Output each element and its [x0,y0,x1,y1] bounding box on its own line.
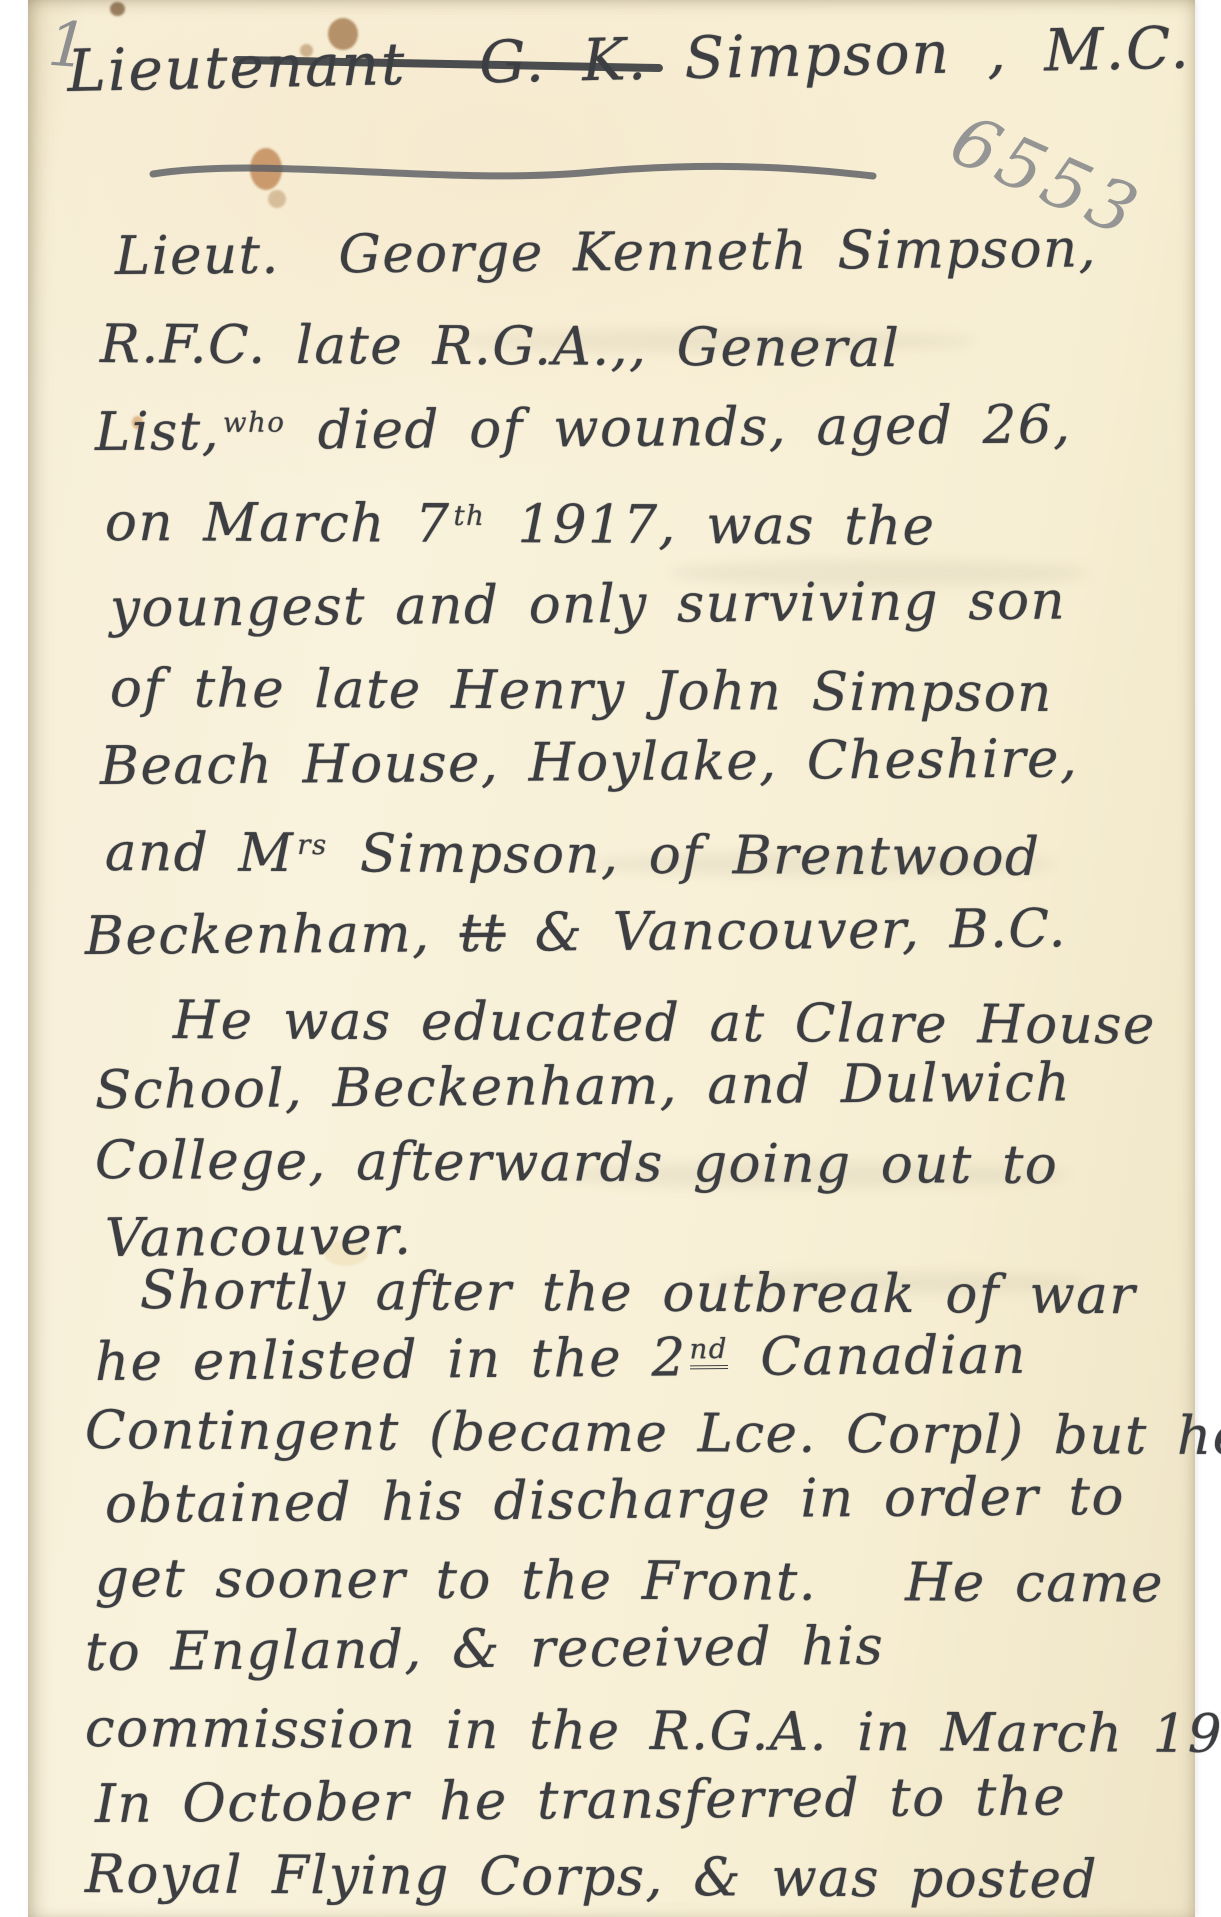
line-text: List, [95,401,220,463]
manuscript-line: College, afterwards going out to [95,1132,1059,1195]
manuscript-line: Royal Flying Corps, & was posted [85,1846,1098,1910]
line-text: Lieut. George Kenneth Simpson, [115,218,1098,287]
manuscript-line: youngest and only surviving son [110,572,1067,638]
line-text: of the late Henry John Simpson [110,658,1053,724]
line-text: Shortly after the outbreak of war [140,1260,1136,1326]
line-text: Beach House, Hoylake, Cheshire, [100,728,1079,797]
line-text: commission in the R.G.A. in March 1915. [85,1698,1221,1765]
manuscript-line: to England, & received his [85,1618,885,1683]
line-text: & Vancouver, B.C. [505,898,1067,963]
line-text: Royal Flying Corps, & was posted [85,1844,1098,1910]
manuscript-line: R.F.C. late R.G.A.,, General [100,316,901,378]
superscript-insertion: nd [689,1333,728,1369]
line-text: Beckenham, [85,903,460,967]
manuscript-line: School, Beckenham, and Dulwich [95,1054,1072,1120]
manuscript-line: and Mrs Simpson, of Brentwood [105,824,1041,887]
line-text: Canadian [731,1325,1027,1388]
struck-out-text: tt [460,903,506,964]
line-text: died of wounds, aged 26, [288,394,1072,461]
manuscript-line: He was educated at Clare House [173,992,1156,1055]
line-text: get sooner to the Front. He came [95,1548,1164,1615]
line-text: He was educated at Clare House [173,990,1156,1056]
manuscript-line: commission in the R.G.A. in March 1915. [85,1700,1221,1765]
line-text: College, afterwards going out to [95,1130,1059,1196]
superscript-insertion: rs [297,829,327,861]
line-text: In October he transferred to the [95,1766,1067,1835]
line-text: and M [105,822,295,884]
manuscript-line: Contingent (became Lce. Corpl) but he [85,1402,1221,1466]
line-text: he enlisted in the 2 [95,1327,687,1393]
manuscript-line: he enlisted in the 2nd Canadian [95,1327,1027,1393]
manuscript-line: Lieut. George Kenneth Simpson, [115,220,1097,286]
manuscript-line: List,who died of wounds, aged 26, [95,396,1072,462]
line-text: on March 7 [105,492,451,555]
line-text: 1917, was the [488,494,936,557]
scan-background: { "title": { "text": "Lieutenant G. K. S… [0,0,1221,1917]
manuscript-line: on March 7th 1917, was the [105,494,936,557]
manuscript-line: In October he transferred to the [95,1768,1067,1834]
line-text: Contingent (became Lce. Corpl) but he [85,1400,1221,1467]
line-text: obtained his discharge in order to [105,1466,1125,1535]
line-text: youngest and only surviving son [110,570,1067,639]
manuscript-line: Shortly after the outbreak of war [140,1262,1136,1326]
manuscript-lines: Lieut. George Kenneth Simpson,R.F.C. lat… [28,0,1195,1917]
manuscript-line: get sooner to the Front. He came [95,1550,1164,1614]
manuscript-page: 1 Lieutenant G. K. Simpson , M.C. 6553 L… [28,0,1195,1917]
manuscript-line: Beach House, Hoylake, Cheshire, [100,730,1079,796]
superscript-insertion: who [223,406,286,438]
line-text: to England, & received his [85,1616,885,1683]
line-text: School, Beckenham, and Dulwich [95,1052,1072,1121]
manuscript-line: obtained his discharge in order to [105,1468,1125,1534]
manuscript-line: of the late Henry John Simpson [110,660,1053,723]
line-text: R.F.C. late R.G.A.,, General [100,314,901,379]
manuscript-line: Beckenham, tt & Vancouver, B.C. [85,900,1067,966]
line-text: Simpson, of Brentwood [330,823,1040,888]
superscript-insertion: th [453,500,485,532]
